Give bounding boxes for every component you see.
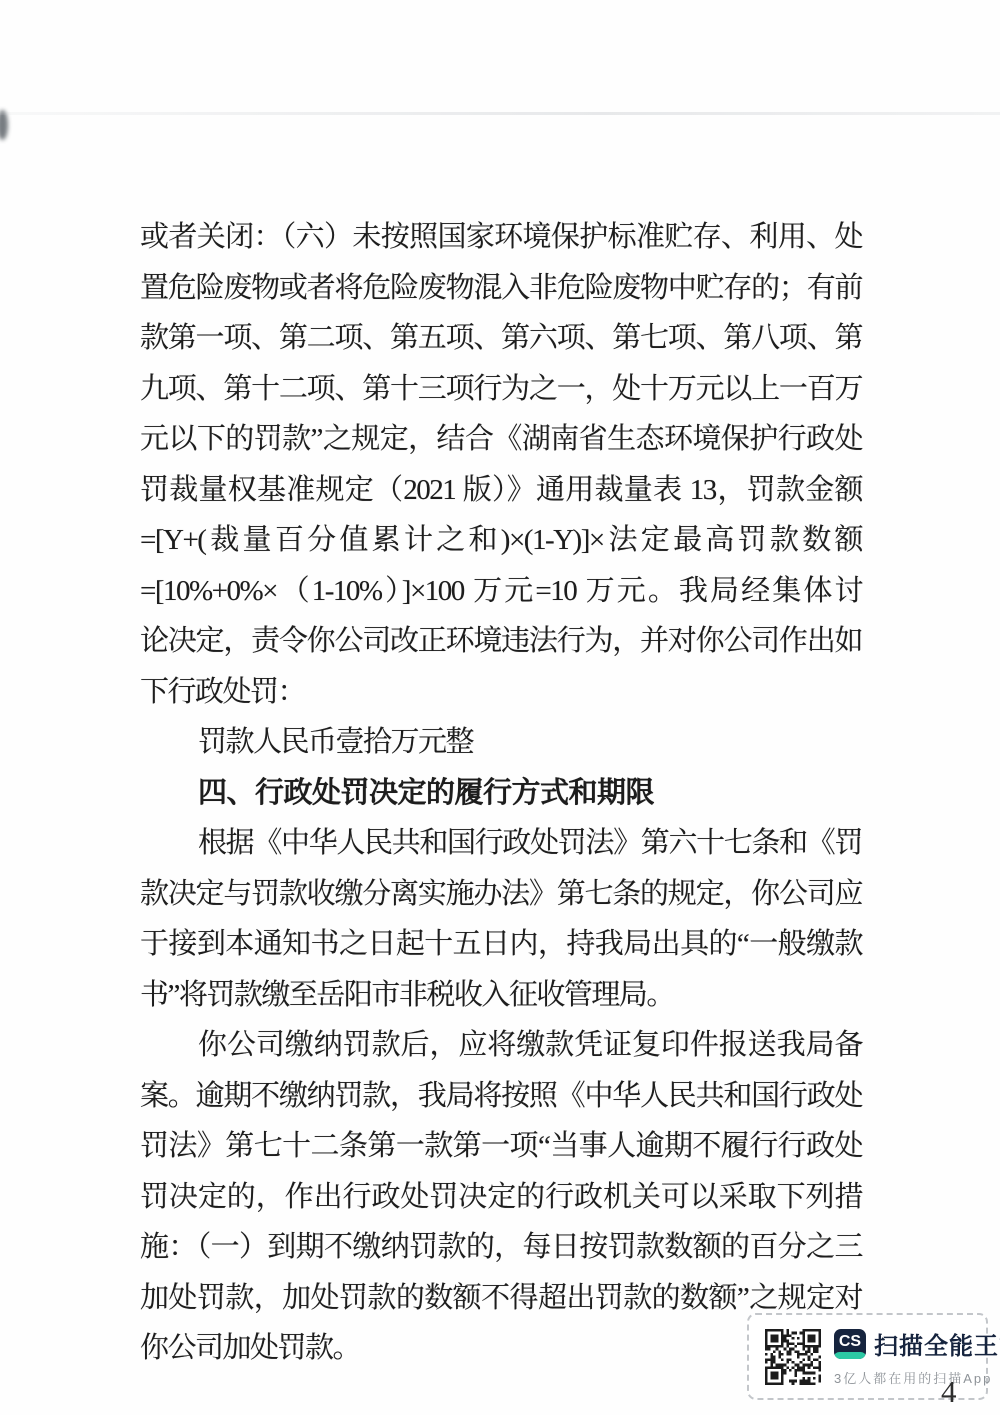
text-line: 你公司缴纳罚款后，应将缴款凭证复印件报送我局备 bbox=[140, 1020, 862, 1071]
scan-artifact-line bbox=[0, 112, 1000, 115]
text-line: 下行政处罚： bbox=[140, 667, 862, 718]
scan-artifact-smudge bbox=[0, 110, 8, 140]
text-line: 于接到本通知书之日起十五日内，持我局出具的“一般缴款 bbox=[140, 919, 862, 970]
text-line: 论决定，责令你公司改正环境违法行为，并对你公司作出如 bbox=[140, 616, 862, 667]
text-line: 案。逾期不缴纳罚款，我局将按照《中华人民共和国行政处 bbox=[140, 1071, 862, 1122]
document-body: 或者关闭：（六）未按照国家环境保护标准贮存、利用、处置危险废物或者将危险废物混入… bbox=[140, 212, 862, 1374]
text-line: 元以下的罚款”之规定，结合《湖南省生态环境保护行政处 bbox=[140, 414, 862, 465]
text-line: 罚款人民币壹拾万元整 bbox=[140, 717, 862, 768]
page-number: 4 bbox=[941, 1374, 957, 1410]
text-line: 款决定与罚款收缴分离实施办法》第七条的规定，你公司应 bbox=[140, 869, 862, 920]
text-line: 根据《中华人民共和国行政处罚法》第六十七条和《罚 bbox=[140, 818, 862, 869]
text-line: 款第一项、第二项、第五项、第六项、第七项、第八项、第 bbox=[140, 313, 862, 364]
brand-name: 扫描全能王™ bbox=[874, 1326, 1000, 1361]
text-line: 或者关闭：（六）未按照国家环境保护标准贮存、利用、处 bbox=[140, 212, 862, 263]
logo-letters: CS bbox=[839, 1333, 861, 1351]
text-line: =[Y+(裁量百分值累计之和)×(1-Y)]×法定最高罚款数额 bbox=[140, 515, 862, 566]
text-line: 罚法》第七十二条第一款第一项“当事人逾期不履行行政处 bbox=[140, 1121, 862, 1172]
brand-name-text: 扫描全能王 bbox=[874, 1333, 999, 1360]
text-line: 罚决定的，作出行政处罚决定的行政机关可以采取下列措 bbox=[140, 1172, 862, 1223]
text-line: 四、行政处罚决定的履行方式和期限 bbox=[140, 768, 862, 819]
brand-row: CS 扫描全能王™ bbox=[834, 1326, 1000, 1361]
qr-code-icon bbox=[765, 1329, 821, 1385]
text-line: =[10%+0%×（1-10%）]×100 万元=10 万元。我局经集体讨 bbox=[140, 566, 862, 617]
text-line: 罚裁量权基准规定（2021 版）》通用裁量表 13，罚款金额 bbox=[140, 465, 862, 516]
watermark-text-column: CS 扫描全能王™ 3亿人都在用的扫描App bbox=[834, 1326, 1000, 1387]
text-line: 置危险废物或者将危险废物混入非危险废物中贮存的；有前 bbox=[140, 263, 862, 314]
text-line: 施：（一）到期不缴纳罚款的，每日按罚款数额的百分之三 bbox=[140, 1222, 862, 1273]
text-line: 书”将罚款缴至岳阳市非税收入征收管理局。 bbox=[140, 970, 862, 1021]
camscanner-logo-icon: CS bbox=[834, 1329, 866, 1359]
text-line: 九项、第十二项、第十三项行为之一，处十万元以上一百万 bbox=[140, 364, 862, 415]
logo-green-swoosh bbox=[834, 1352, 866, 1359]
scanned-document-page: { "page": { "number": "4" }, "document":… bbox=[0, 0, 1000, 1415]
watermark-subtitle: 3亿人都在用的扫描App bbox=[834, 1368, 1000, 1387]
